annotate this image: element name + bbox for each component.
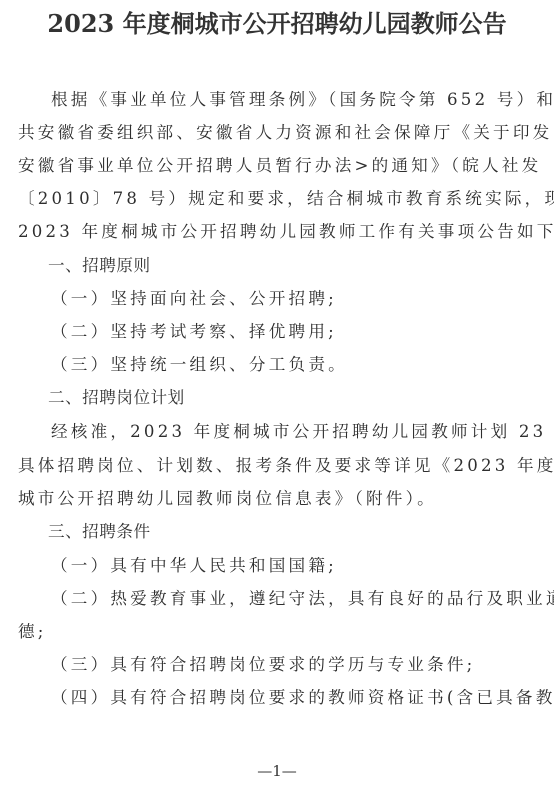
condition-item-4: （四）具有符合招聘岗位要求的教师资格证书(含已具备教 [51,687,554,709]
condition-item-2-cont: 德; [18,621,538,643]
intro-line-4: 〔2010〕78 号）规定和要求，结合桐城市教育系统实际，现就 [18,188,538,210]
document-title: 2023 年度桐城市公开招聘幼儿园教师公告 [0,4,554,39]
principle-item-2: （二）坚持考试考察、择优聘用; [51,321,554,343]
section-heading-plan: 二、招聘岗位计划 [48,387,554,409]
intro-line-2: 共安徽省委组织部、安徽省人力资源和社会保障厅《关于印发< [18,122,538,144]
intro-line-1: 根据《事业单位人事管理条例》（国务院令第 652 号）和中 [51,89,554,111]
intro-line-3: 安徽省事业单位公开招聘人员暂行办法>的通知》（皖人社发 [18,155,538,177]
intro-line-5: 2023 年度桐城市公开招聘幼儿园教师工作有关事项公告如下: [18,221,538,243]
page-number: —1— [0,762,554,780]
principle-item-1: （一）坚持面向社会、公开招聘; [51,288,554,310]
condition-item-3: （三）具有符合招聘岗位要求的学历与专业条件; [51,654,554,676]
section-heading-conditions: 三、招聘条件 [48,521,554,543]
plan-line-1: 经核准，2023 年度桐城市公开招聘幼儿园教师计划 23 名， [51,421,554,443]
section-heading-principles: 一、招聘原则 [48,255,554,277]
plan-line-3: 城市公开招聘幼儿园教师岗位信息表》（附件）。 [18,488,538,510]
principle-item-3: （三）坚持统一组织、分工负责。 [51,354,554,376]
condition-item-2: （二）热爱教育事业，遵纪守法，具有良好的品行及职业道 [51,588,554,610]
plan-line-2: 具体招聘岗位、计划数、报考条件及要求等详见《2023 年度桐 [18,455,538,477]
condition-item-1: （一）具有中华人民共和国国籍; [51,555,554,577]
